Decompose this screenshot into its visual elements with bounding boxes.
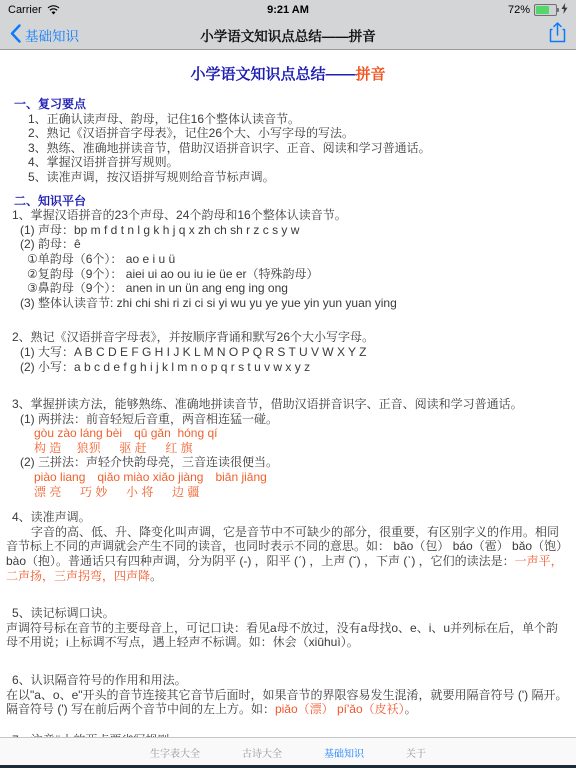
document-body: 一、复习要点1、正确认读声母、韵母，记住16个整体认读音节。2、熟记《汉语拼音字… bbox=[6, 97, 570, 737]
app-screen: Carrier 9:21 AM 72% bbox=[0, 0, 576, 768]
spacer bbox=[6, 310, 570, 330]
doc-title: 小学语文知识点总结——拼音 bbox=[6, 66, 570, 84]
doc-title-segment: 拼音 bbox=[356, 66, 386, 83]
share-icon bbox=[549, 22, 566, 48]
carrier-label: Carrier bbox=[8, 4, 42, 16]
doc-line-pinyin: 构 造 狼狈 驱 赶 红 旗 bbox=[34, 441, 570, 456]
charging-bolt-icon bbox=[561, 3, 568, 17]
doc-line-sub: (1) 两拼法：前音轻短后音重，两音相连猛一碰。 bbox=[20, 412, 570, 427]
chevron-left-icon bbox=[10, 24, 21, 46]
doc-line-sub: (1) 大写：A B C D E F G H I J K L M N O P Q… bbox=[20, 345, 570, 360]
doc-text: 。 bbox=[405, 702, 417, 716]
doc-line-para: 在以"a、o、e"开头的音节连接其它音节后面时，如果音节的界限容易发生混淆，就要… bbox=[6, 688, 570, 717]
doc-line-num: 6、认识隔音符号的作用和用法。 bbox=[12, 673, 570, 688]
doc-line-sub: (3) 整体认读音节: zhi chi shi ri zi ci si yi w… bbox=[20, 296, 570, 311]
spacer bbox=[6, 374, 570, 397]
back-button[interactable]: 基础知识 bbox=[10, 24, 79, 46]
doc-line-item: 2、熟记《汉语拼音字母表》，记住26个大、小写字母的写法。 bbox=[28, 126, 570, 141]
battery-percent-label: 72% bbox=[508, 4, 530, 16]
tab-basics[interactable]: 基础知识 bbox=[324, 745, 364, 760]
doc-line-subsub: ③鼻韵母（9个）： anen in un ün ang eng ing ong bbox=[27, 281, 570, 296]
doc-line-subsub: ②复韵母（9个）： aiei ui ao ou iu ie üe er（特殊韵母… bbox=[27, 267, 570, 282]
status-bar: Carrier 9:21 AM 72% bbox=[0, 0, 576, 20]
doc-text-orange: piǎo（漂） pí'ǎo（皮袄） bbox=[275, 702, 405, 716]
doc-line-heading: 一、复习要点 bbox=[14, 97, 570, 112]
doc-line-item: 5、读准声调，按汉语拼写规则给音节标声调。 bbox=[28, 170, 570, 185]
nav-bar: 基础知识 小学语文知识点总结——拼音 bbox=[0, 20, 576, 50]
spacer bbox=[6, 583, 570, 606]
doc-line-pinyin: 漂 亮 巧 妙 小 将 边 疆 bbox=[34, 485, 570, 500]
doc-line-num: 2、熟记《汉语拼音字母表》，并按顺序背诵和默写26个大小写字母。 bbox=[12, 330, 570, 345]
doc-line-sub: (2) 小写：a b c d e f g h i j k l m n o p q… bbox=[20, 360, 570, 375]
tab-bar: 生字表大全古诗大全基础知识关于 bbox=[0, 737, 576, 765]
doc-line-sub: (1) 声母：bp m f d t n l g k h j q x zh ch … bbox=[20, 223, 570, 238]
doc-line-para: 声调符号标在音节的主要母音上，可记口诀：看见a母不放过，没有a母找o、e、i、u… bbox=[6, 621, 570, 650]
doc-line-subsub: ①单韵母（6个）： ao e i u ü bbox=[27, 252, 570, 267]
spacer bbox=[6, 499, 570, 510]
spacer bbox=[6, 185, 570, 194]
nav-title: 小学语文知识点总结——拼音 bbox=[0, 25, 576, 45]
doc-line-item: 1、正确认读声母、韵母，记住16个整体认读音节。 bbox=[28, 112, 570, 127]
spacer bbox=[6, 717, 570, 733]
doc-line-num: 1、掌握汉语拼音的23个声母、24个韵母和16个整体认读音节。 bbox=[12, 208, 570, 223]
tab-poems[interactable]: 古诗大全 bbox=[242, 745, 282, 760]
doc-line-para-indent: 字音的高、低、升、降变化叫声调，它是音节中不可缺少的部分，很重要，有区别字义的作… bbox=[6, 525, 570, 583]
doc-title-segment: 小学语文知识点总结—— bbox=[190, 66, 355, 83]
battery-fill bbox=[536, 6, 549, 14]
share-button[interactable] bbox=[549, 22, 566, 48]
doc-line-pinyin: gòu zào láng bèi qū gǎn hóng qí bbox=[34, 426, 570, 441]
back-button-label: 基础知识 bbox=[25, 25, 79, 45]
doc-line-item: 3、熟练、准确地拼读音节，借助汉语拼音识字、正音、阅读和学习普通话。 bbox=[28, 141, 570, 156]
doc-line-item: 4、掌握汉语拼音拼写规则。 bbox=[28, 155, 570, 170]
doc-line-num: 4、读准声调。 bbox=[12, 510, 570, 525]
doc-line-num: 3、掌握拼读方法，能够熟练、准确地拼读音节，借助汉语拼音识字、正音、阅读和学习普… bbox=[12, 397, 570, 412]
doc-text: 。 bbox=[150, 569, 162, 583]
doc-line-num: 5、读记标调口诀。 bbox=[12, 606, 570, 621]
doc-line-sub: (2) 韵母：ê bbox=[20, 237, 570, 252]
doc-text: 字音的高、低、升、降变化叫声调，它是音节中不可缺少的部分，很重要，有区别字义的作… bbox=[6, 525, 571, 568]
tab-vocab-list[interactable]: 生字表大全 bbox=[150, 745, 200, 760]
document-view[interactable]: 小学语文知识点总结——拼音 一、复习要点1、正确认读声母、韵母，记住16个整体认… bbox=[0, 50, 576, 737]
doc-line-pinyin: piào liang qiǎo miào xiǎo jiàng biān jiā… bbox=[34, 470, 570, 485]
doc-line-heading: 二、知识平台 bbox=[14, 194, 570, 209]
battery-icon bbox=[534, 4, 557, 16]
doc-line-sub: (2) 三拼法：声轻介快韵母亮，三音连读很便当。 bbox=[20, 455, 570, 470]
wifi-icon bbox=[47, 5, 60, 15]
clock: 9:21 AM bbox=[0, 4, 576, 16]
spacer bbox=[6, 650, 570, 673]
tab-about[interactable]: 关于 bbox=[406, 745, 426, 760]
